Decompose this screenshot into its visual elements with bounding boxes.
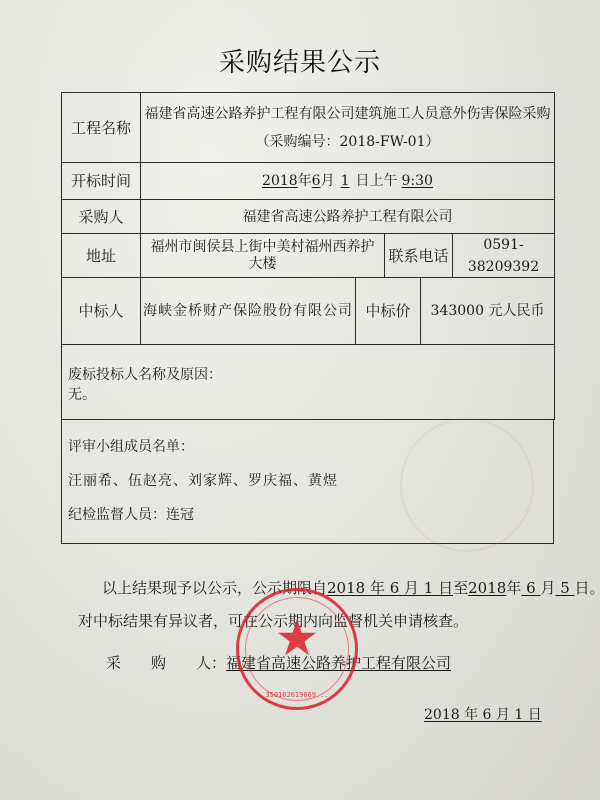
- project-name-cell: 福建省高速公路养护工程有限公司建筑施工人员意外伤害保险采购 （采购编号：2018…: [140, 92, 555, 163]
- bid-year: 2018: [262, 170, 298, 192]
- purchaser-value: 福建省高速公路养护工程有限公司: [140, 199, 555, 234]
- page-title: 采购结果公示: [0, 42, 600, 79]
- notice-end-day-suffix: 日。: [575, 579, 600, 597]
- price-label: 中标价: [355, 277, 421, 345]
- address-label: 地址: [61, 233, 141, 278]
- rejected-label: 废标投标人名称及原因：: [68, 365, 554, 385]
- phone-value: 0591-38209392: [452, 233, 555, 278]
- notice-end-year: 2018: [468, 579, 506, 597]
- bid-day: 1: [335, 170, 356, 192]
- notice-date: 2018 年 6 月 1 日: [424, 704, 542, 724]
- address-value: 福州市闽侯县上街中美村福州西养护大楼: [140, 233, 385, 278]
- project-name-line1: 福建省高速公路养护工程有限公司建筑施工人员意外伤害保险采购: [145, 103, 551, 125]
- rejected-section: 废标投标人名称及原因： 无。: [61, 344, 555, 420]
- bid-open-label: 开标时间: [61, 162, 141, 200]
- rejected-value: 无。: [68, 385, 554, 405]
- year-suffix: 年: [298, 170, 312, 192]
- notice-end-year-suffix: 年: [506, 579, 521, 597]
- notice-end-month: 6: [521, 579, 540, 597]
- day-suffix: 日上午: [356, 170, 398, 192]
- seal-code: 350102019669...: [239, 691, 355, 699]
- bid-month: 6: [312, 170, 321, 192]
- bid-open-cell: 2018年 6月 1日上午 9:30: [140, 162, 555, 200]
- notice-line1: 以上结果现予以公示，公示期限自2018 年 6 月 1 日至2018年 6 月 …: [102, 577, 600, 598]
- project-code: （采购编号：2018-FW-01）: [256, 131, 440, 153]
- star-icon: ★: [239, 613, 355, 663]
- signer-label: 采 购 人：: [106, 654, 226, 672]
- notice-date-value: 2018 年 6 月 1 日: [424, 707, 542, 723]
- winner-label: 中标人: [61, 277, 141, 345]
- bid-time: 9:30: [402, 170, 433, 192]
- purchaser-label: 采购人: [61, 199, 141, 234]
- phone-label: 联系电话: [384, 233, 453, 278]
- notice-to: 至: [453, 579, 468, 597]
- faint-stamp-bleed: [400, 418, 534, 552]
- project-name-label: 工程名称: [61, 92, 141, 163]
- notice-start-date: 2018 年 6 月 1 日: [327, 579, 453, 597]
- month-suffix: 月: [321, 170, 335, 192]
- company-seal: ★ 350102019669...: [236, 588, 358, 710]
- price-value: 343000 元人民币: [420, 277, 555, 345]
- notice-end-month-suffix: 月: [540, 579, 555, 597]
- notice-end-day: 5: [555, 579, 574, 597]
- winner-value: 海峡金桥财产保险股份有限公司: [140, 277, 356, 345]
